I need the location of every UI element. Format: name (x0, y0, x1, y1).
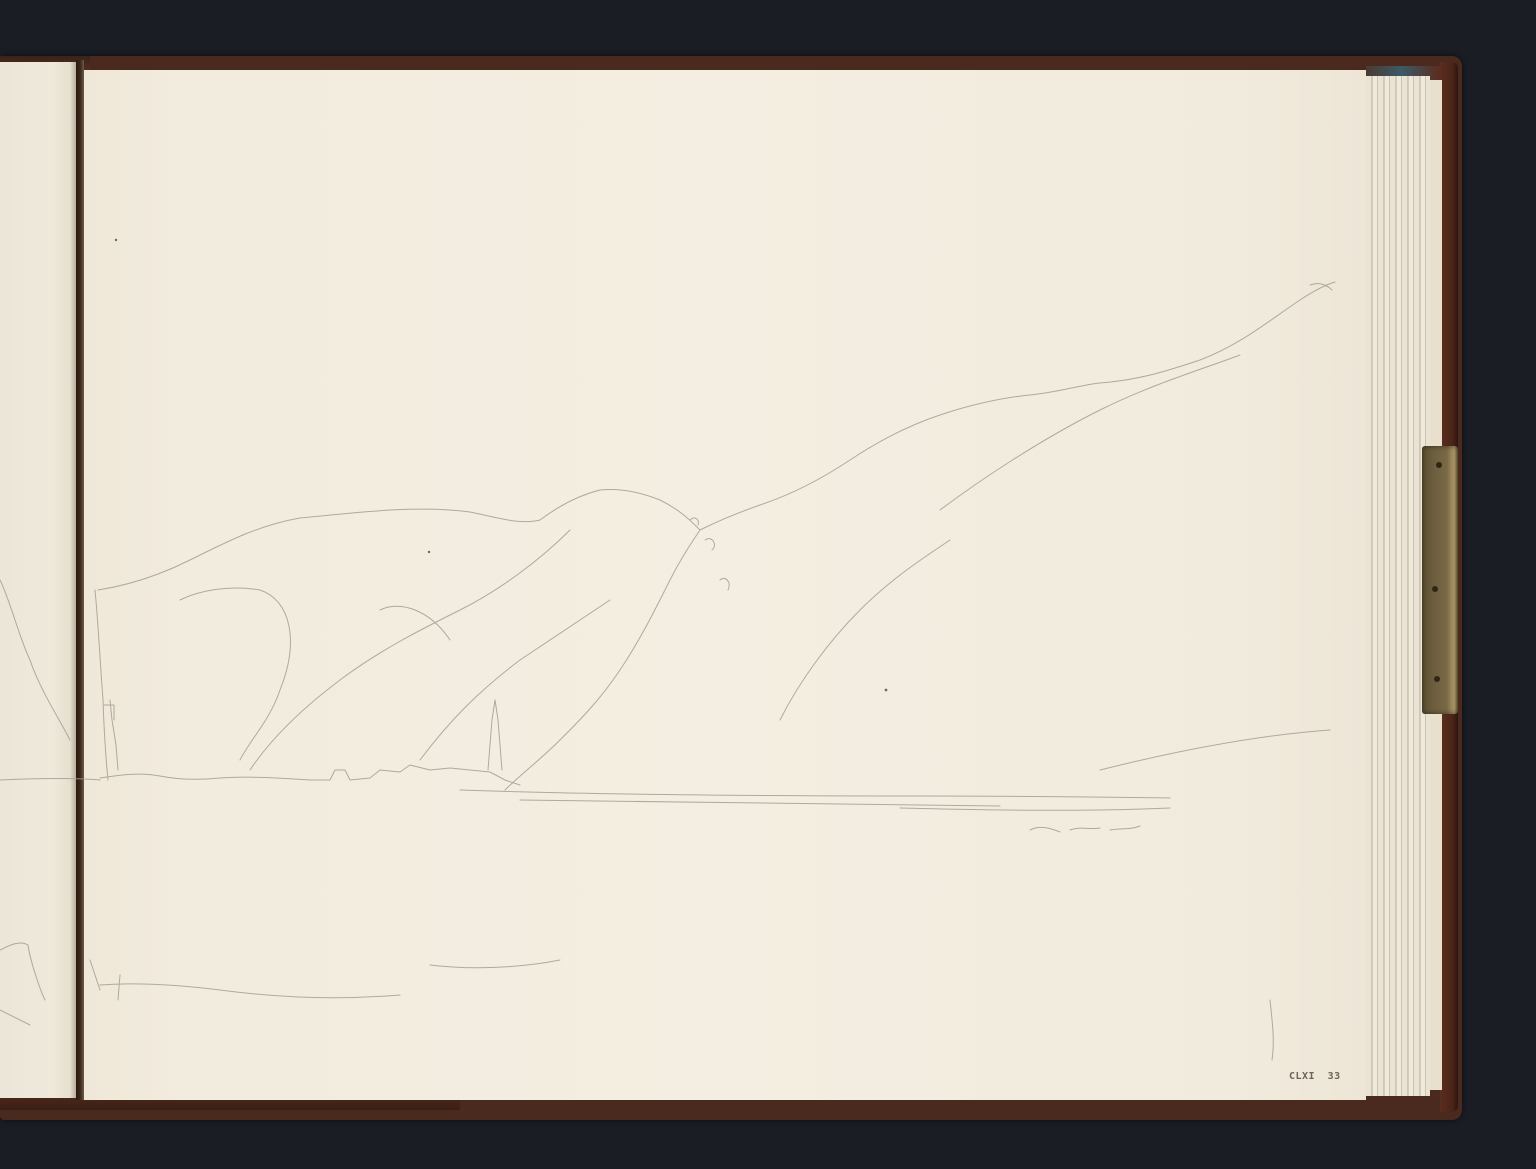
sketchbook-photo: CLXI 33 (0, 0, 1536, 1169)
clasp-rivet (1432, 586, 1438, 592)
book-gutter (76, 60, 84, 1100)
brass-clasp (1422, 446, 1458, 714)
catalogue-stamp: CLXI 33 (1289, 1071, 1341, 1082)
clasp-rivet (1436, 462, 1442, 468)
page-stack-edges (1366, 76, 1430, 1096)
right-page (84, 70, 1366, 1100)
clasp-rivet (1434, 676, 1440, 682)
left-page (0, 62, 76, 1098)
